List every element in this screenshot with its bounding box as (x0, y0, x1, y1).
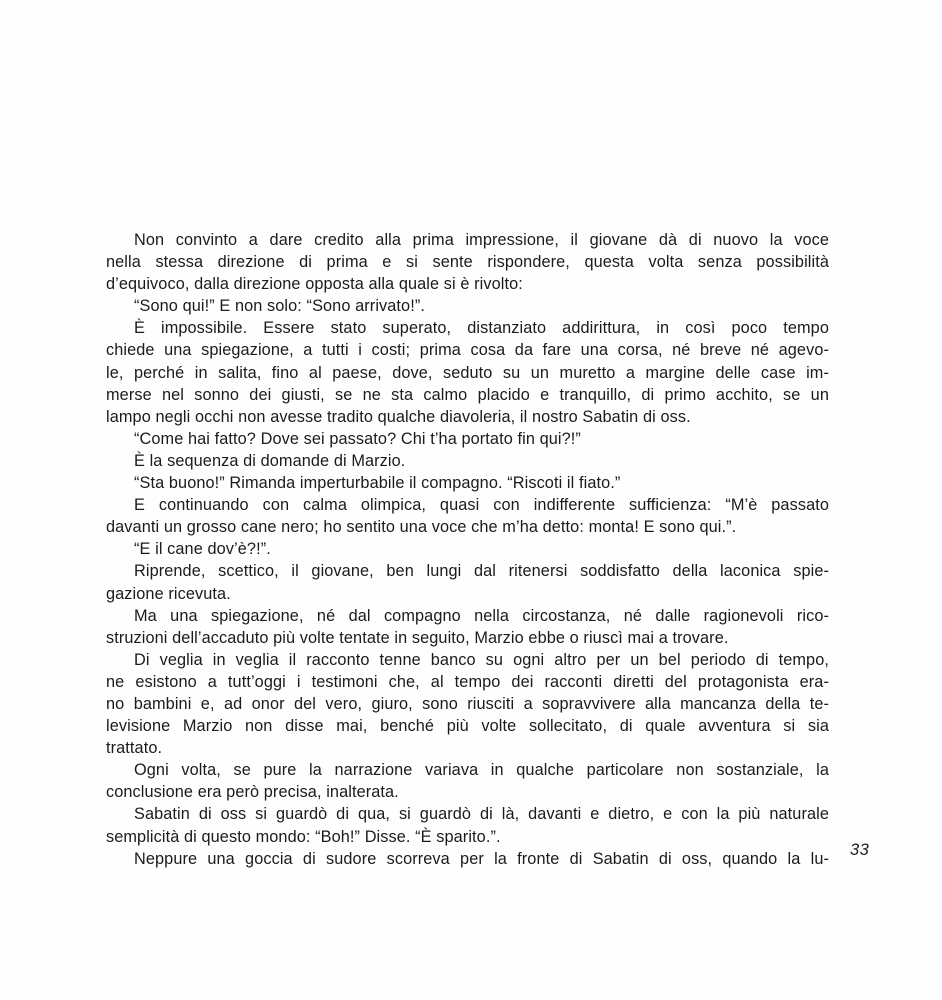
text-line: È la sequenza di domande di Marzio. (106, 450, 829, 472)
text-line: Ma una spiegazione, né dal compagno nell… (106, 605, 829, 627)
text-line: no bambini e, ad onor del vero, giuro, s… (106, 693, 829, 715)
text-line: “E il cane dov’è?!”. (106, 538, 829, 560)
text-line: d’equivoco, dalla direzione opposta alla… (106, 273, 829, 295)
text-line: davanti un grosso cane nero; ho sentito … (106, 516, 829, 538)
text-line: “Come hai fatto? Dove sei passato? Chi t… (106, 428, 829, 450)
text-line: “Sono qui!” E non solo: “Sono arrivato!”… (106, 295, 829, 317)
text-line: conclusione era però precisa, inalterata… (106, 781, 829, 803)
text-line: ne esistono a tutt’oggi i testimoni che,… (106, 671, 829, 693)
text-line: E continuando con calma olimpica, quasi … (106, 494, 829, 516)
text-line: Ogni volta, se pure la narrazione variav… (106, 759, 829, 781)
book-page: Non convinto a dare credito alla prima i… (0, 0, 942, 1000)
text-line: Riprende, scettico, il giovane, ben lung… (106, 560, 829, 582)
text-line: “Sta buono!” Rimanda imperturbabile il c… (106, 472, 829, 494)
page-number: 33 (850, 841, 869, 860)
text-line: Neppure una goccia di sudore scorreva pe… (106, 848, 829, 870)
text-line: semplicità di questo mondo: “Boh!” Disse… (106, 826, 829, 848)
text-line: struzioni dell’accaduto più volte tentat… (106, 627, 829, 649)
text-line: È impossibile. Essere stato superato, di… (106, 317, 829, 339)
text-line: chiede una spiegazione, a tutti i costi;… (106, 339, 829, 361)
text-line: le, perché in salita, fino al paese, dov… (106, 362, 829, 384)
text-line: lampo negli occhi non avesse tradito qua… (106, 406, 829, 428)
text-line: merse nel sonno dei giusti, se ne sta ca… (106, 384, 829, 406)
text-line: Sabatin di oss si guardò di qua, si guar… (106, 803, 829, 825)
body-text: Non convinto a dare credito alla prima i… (106, 229, 829, 870)
text-line: trattato. (106, 737, 829, 759)
text-line: Non convinto a dare credito alla prima i… (106, 229, 829, 251)
text-line: nella stessa direzione di prima e si sen… (106, 251, 829, 273)
text-line: gazione ricevuta. (106, 583, 829, 605)
text-line: levisione Marzio non disse mai, benché p… (106, 715, 829, 737)
text-line: Di veglia in veglia il racconto tenne ba… (106, 649, 829, 671)
